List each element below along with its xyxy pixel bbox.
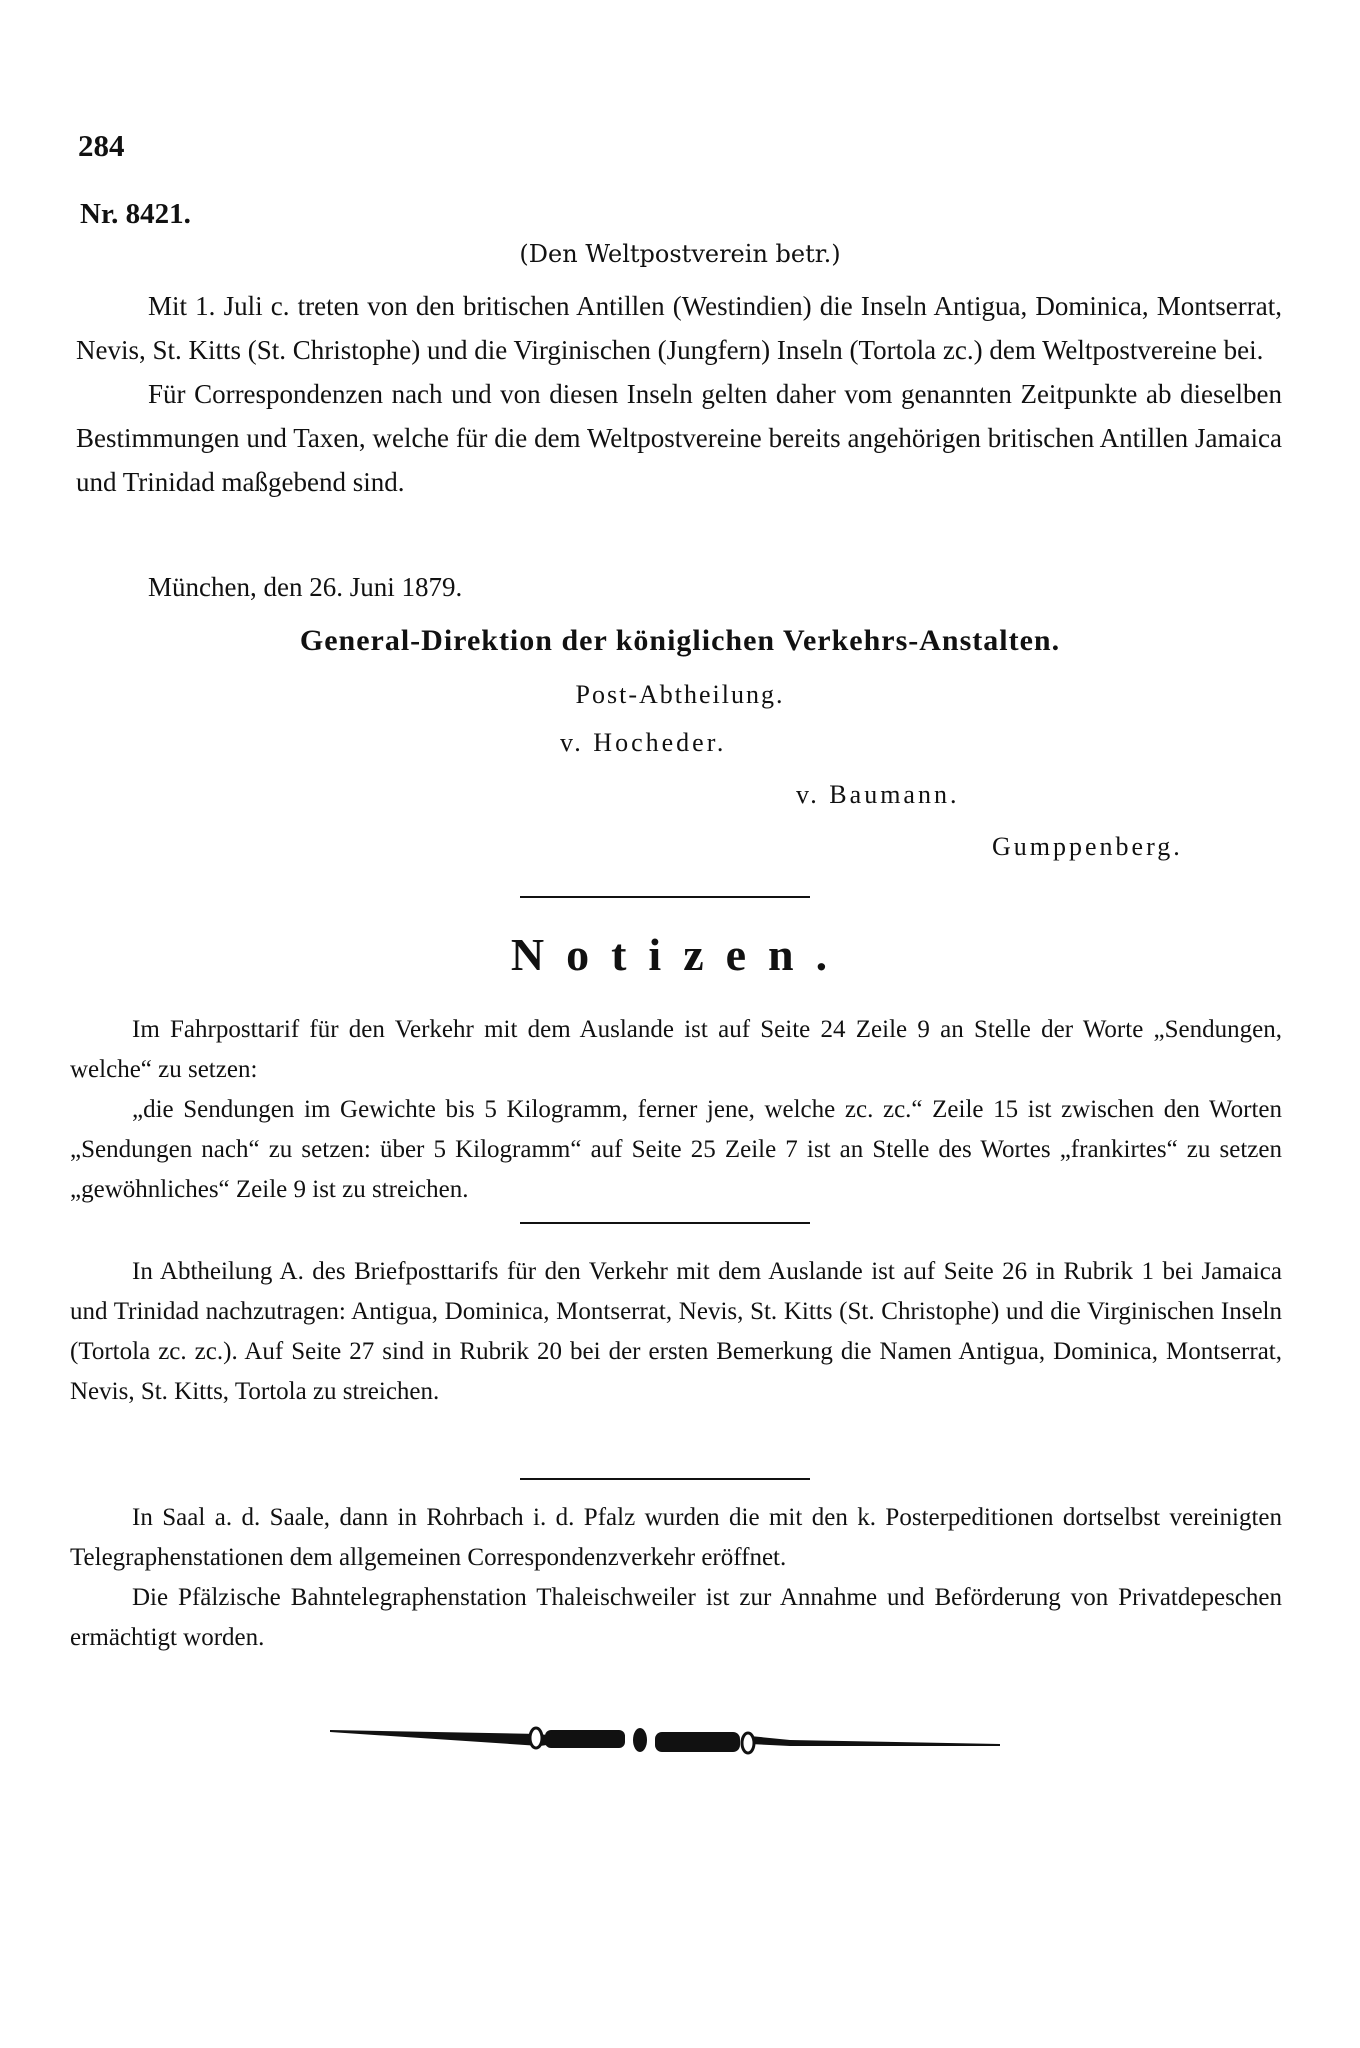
issuing-authority: General-Direktion der königlichen Verkeh…	[0, 624, 1360, 658]
notice-item: In Saal a. d. Saale, dann in Rohrbach i.…	[70, 1498, 1282, 1658]
ornamental-divider-icon	[330, 1718, 1000, 1758]
page-number: 284	[78, 128, 125, 164]
decree-subject: (Den Weltpostverein betr.)	[0, 240, 1360, 268]
signature: Gumppenberg.	[992, 832, 1183, 862]
decree-number: Nr. 8421.	[80, 198, 191, 231]
notice-item: Im Fahrposttarif für den Verkehr mit dem…	[70, 1010, 1282, 1210]
divider	[520, 1478, 810, 1480]
department: Post-Abtheilung.	[0, 680, 1360, 710]
notice-paragraph: In Saal a. d. Saale, dann in Rohrbach i.…	[70, 1498, 1282, 1578]
decree-paragraph: Für Correspondenzen nach und von diesen …	[76, 372, 1282, 504]
signature: v. Baumann.	[796, 780, 959, 810]
date-line: München, den 26. Juni 1879.	[148, 572, 462, 603]
notice-paragraph: In Abtheilung A. des Briefposttarifs für…	[70, 1252, 1282, 1412]
section-heading: Notizen.	[0, 928, 1360, 981]
signature: v. Hocheder.	[560, 728, 726, 758]
notice-paragraph: Im Fahrposttarif für den Verkehr mit dem…	[70, 1010, 1282, 1090]
notice-paragraph: Die Pfälzische Bahntelegraphenstation Th…	[70, 1578, 1282, 1658]
notice-item: In Abtheilung A. des Briefposttarifs für…	[70, 1252, 1282, 1412]
notice-paragraph: „die Sendungen im Gewichte bis 5 Kilogra…	[70, 1090, 1282, 1210]
divider	[520, 1222, 810, 1224]
decree-body: Mit 1. Juli c. treten von den britischen…	[76, 284, 1282, 504]
decree-paragraph: Mit 1. Juli c. treten von den britischen…	[76, 284, 1282, 372]
divider	[520, 896, 810, 898]
